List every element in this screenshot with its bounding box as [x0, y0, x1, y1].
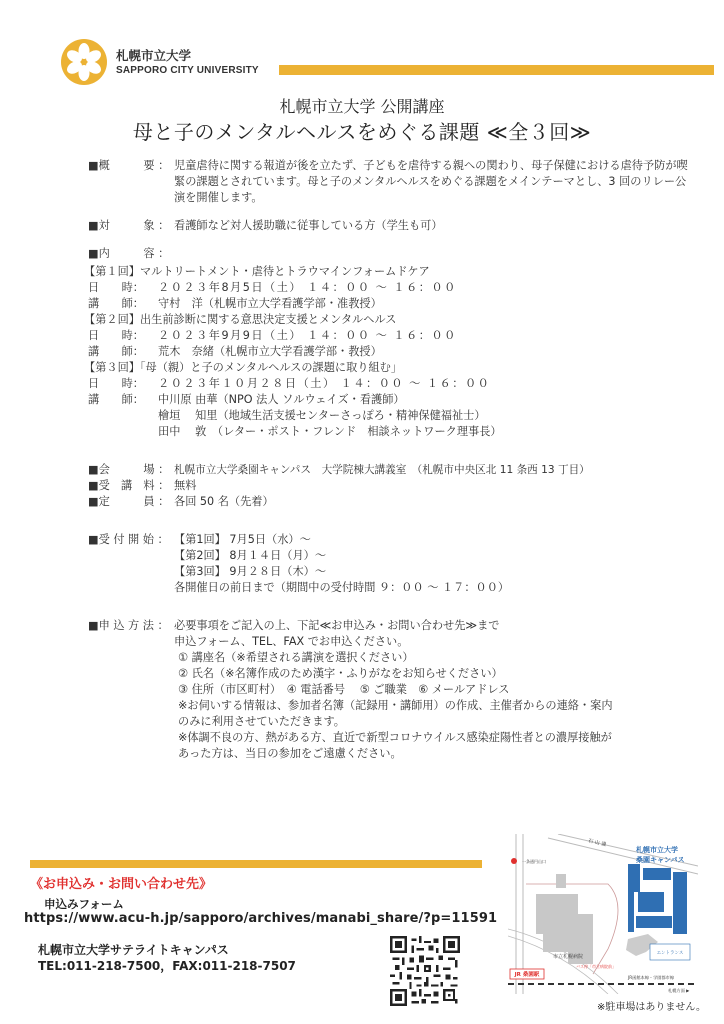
application-details: 必要事項をご記入の上、下記≪お申込み・お問い合わせ先≫まで 申込フォーム、TEL…	[174, 618, 688, 762]
map-campus-label-2: 桑園キャンパス	[635, 855, 685, 864]
event-title: 母と子のメンタルヘルスをめぐる課題 ≪全３回≫	[0, 116, 724, 145]
session-date: ２０２３年9月9日（土） １４：００ ～ １６：００	[158, 328, 457, 344]
date-label: 日 時：	[88, 328, 158, 344]
university-name-en: SAPPORO CITY UNIVERSITY	[116, 65, 259, 76]
application-item: ② 氏名（※名簿作成のため漢字・ふりがなをお知らせください）	[178, 666, 688, 682]
health-note: ※体調不良の方、熱がある方、直近で新型コロナウイルス感染症陽性者との濃厚接触があ…	[178, 730, 618, 762]
session-date: ２０２３年8月5日（土） １４：００ ～ １６：００	[158, 280, 457, 296]
lecturer-name: 中川原 由華（NPO 法人 ソルウェイズ・看護師）	[158, 392, 405, 408]
lecturer-name: 守村 洋（札幌市立大学看護学部・准教授）	[158, 296, 382, 312]
date-label: 日 時：	[88, 376, 158, 392]
content-label: ■内 容 ：	[88, 246, 174, 262]
university-header: 札幌市立大学 SAPPORO CITY UNIVERSITY	[60, 38, 660, 88]
application-item: ① 講座名（※希望される講演を選択ください）	[178, 650, 688, 666]
map-entrance-label: エントランス	[657, 950, 684, 956]
lecturer-label: 講 師：	[88, 296, 158, 312]
registration-start-label: ■受 付 開 始 ：	[88, 532, 174, 596]
fee-label: ■受 講 料 ：	[88, 478, 174, 494]
session-date: ２０２３年１０月２８日（土） １４：００ ～ １６：００	[158, 376, 490, 392]
registration-item: 【第2回】 8月１４日（月）～	[174, 548, 688, 564]
session-2: 【第２回】出生前診断に関する意思決定支援とメンタルヘルス 日 時： ２０２３年9…	[82, 312, 688, 360]
map-campus-label-1: 札幌市立大学	[636, 845, 678, 854]
session-date-row: 日 時： ２０２３年9月9日（土） １４：００ ～ １６：００	[88, 328, 688, 344]
event-details: ■概 要 ： 児童虐待に関する報道が後を立たず、子どもを虐待する親への関わり、母…	[88, 158, 688, 762]
registration-item: 【第1回】 7月5日（水）～	[174, 532, 688, 548]
date-label: 日 時：	[88, 280, 158, 296]
session-lecturer-row: 講 師： 守村 洋（札幌市立大学看護学部・准教授）	[88, 296, 688, 312]
contact-heading: 《お申込み・お問い合わせ先》	[30, 873, 212, 892]
venue-row: ■会 場 ： 札幌市立大学桑園キャンパス 大学院棟大講義室 （札幌市中央区北 1…	[88, 462, 688, 478]
application-form-label: 申込みフォーム	[44, 896, 124, 912]
registration-start-row: ■受 付 開 始 ： 【第1回】 7月5日（水）～ 【第2回】 8月１４日（月）…	[88, 532, 688, 596]
application-row: ■申 込 方 法 ： 必要事項をご記入の上、下記≪お申込み・お問い合わせ先≫まで…	[88, 618, 688, 762]
application-label: ■申 込 方 法 ：	[88, 618, 174, 762]
capacity-text: 各回 50 名（先着）	[174, 494, 688, 510]
qr-code-icon[interactable]	[390, 936, 460, 1006]
session-3: 【第３回】「母（親）と子のメンタルヘルスの課題に取り組む」 日 時： ２０２３年…	[82, 360, 688, 440]
map-direction-label: 札幌方面 ▶	[668, 987, 690, 994]
lecturer-name: 荒木 奈緒（札幌市立大学看護学部・教授）	[158, 344, 382, 360]
map-bus-stop-label: 一条通円山口	[522, 858, 546, 864]
flower-logo-icon	[60, 38, 108, 86]
campus-access-map: 市立札幌病院 札幌市立大学 桑園キャンパス 石 山 通 一条通円山口 エントラン…	[508, 834, 698, 994]
event-subtitle: 札幌市立大学 公開講座	[0, 94, 724, 117]
application-form-link[interactable]: https://www.acu-h.jp/sapporo/archives/ma…	[24, 911, 497, 926]
contact-phone-fax: TEL:011-218-7500，FAX:011-218-7507	[38, 957, 296, 974]
fee-row: ■受 講 料 ： 無料	[88, 478, 688, 494]
map-station-label: JR 桑園駅	[514, 970, 540, 978]
target-row: ■対 象 ： 看護師など対人援助職に従事している方（学生も可）	[88, 218, 688, 234]
privacy-note: ※お伺いする情報は、参加者名簿（記録用・講師用）の作成、主催者からの連絡・案内の…	[178, 698, 618, 730]
map-rail-line-label: JR函館本線・学園都市線	[627, 974, 675, 981]
session-date-row: 日 時： ２０２３年１０月２８日（土） １４：００ ～ １６：００	[88, 376, 688, 392]
lecturer-label: 講 師：	[88, 344, 158, 360]
overview-label: ■概 要 ：	[88, 158, 174, 206]
application-line: 必要事項をご記入の上、下記≪お申込み・お問い合わせ先≫まで	[174, 618, 688, 634]
lecturer-name: 田中 敦 （レター・ポスト・フレンド 相談ネットワーク理事長）	[158, 424, 688, 440]
satellite-campus-name: 札幌市立大学サテライトキャンパス	[38, 941, 229, 958]
venue-label: ■会 場 ：	[88, 462, 174, 478]
application-item: ③ 住所（市区町村） ④ 電話番号 ⑤ ご職業 ⑥ メールアドレス	[178, 682, 688, 698]
session-title: 【第３回】「母（親）と子のメンタルヘルスの課題に取り組む」	[84, 360, 688, 376]
application-line: 申込フォーム、TEL、FAX でお申込ください。	[174, 634, 688, 650]
overview-row: ■概 要 ： 児童虐待に関する報道が後を立たず、子どもを虐待する親への関わり、母…	[88, 158, 688, 206]
capacity-label: ■定 員 ：	[88, 494, 174, 510]
target-text: 看護師など対人援助職に従事している方（学生も可）	[174, 218, 688, 234]
registration-start-list: 【第1回】 7月5日（水）～ 【第2回】 8月１４日（月）～ 【第3回】 9月２…	[174, 532, 688, 596]
overview-text: 児童虐待に関する報道が後を立たず、子どもを虐待する親への関わり、母子保健における…	[174, 158, 688, 206]
session-lecturer-row: 講 師： 中川原 由華（NPO 法人 ソルウェイズ・看護師）	[88, 392, 688, 408]
session-title: 【第１回】マルトリートメント・虐待とトラウマインフォームドケア	[84, 264, 688, 280]
registration-item: 【第3回】 9月２８日（木）～	[174, 564, 688, 580]
parking-note: ※駐車場はありません。	[597, 998, 706, 1013]
content-row: ■内 容 ：	[88, 246, 688, 262]
venue-text: 札幌市立大学桑園キャンパス 大学院棟大講義室 （札幌市中央区北 11 条西 13…	[174, 462, 688, 478]
session-lecturer-row: 講 師： 荒木 奈緒（札幌市立大学看護学部・教授）	[88, 344, 688, 360]
target-label: ■対 象 ：	[88, 218, 174, 234]
map-hospital-label: 市立札幌病院	[553, 953, 583, 960]
lecturer-label: 講 師：	[88, 392, 158, 408]
registration-note: 各開催日の前日まで（期間中の受付時間 ９：００ ～ １７：００）	[174, 580, 688, 596]
session-title: 【第２回】出生前診断に関する意思決定支援とメンタルヘルス	[84, 312, 688, 328]
university-name-jp: 札幌市立大学	[116, 46, 191, 64]
session-1: 【第１回】マルトリートメント・虐待とトラウマインフォームドケア 日 時： ２０２…	[82, 264, 688, 312]
lecturer-name: 檜垣 知里（地域生活支援センターさっぽろ・精神保健福祉士）	[158, 408, 688, 424]
session-date-row: 日 時： ２０２３年8月5日（土） １４：００ ～ １６：００	[88, 280, 688, 296]
map-bus-note: バス停「市立病院前」	[576, 963, 616, 969]
footer-accent-bar	[30, 860, 482, 868]
header-accent-bar	[279, 65, 714, 75]
fee-text: 無料	[174, 478, 688, 494]
capacity-row: ■定 員 ： 各回 50 名（先着）	[88, 494, 688, 510]
